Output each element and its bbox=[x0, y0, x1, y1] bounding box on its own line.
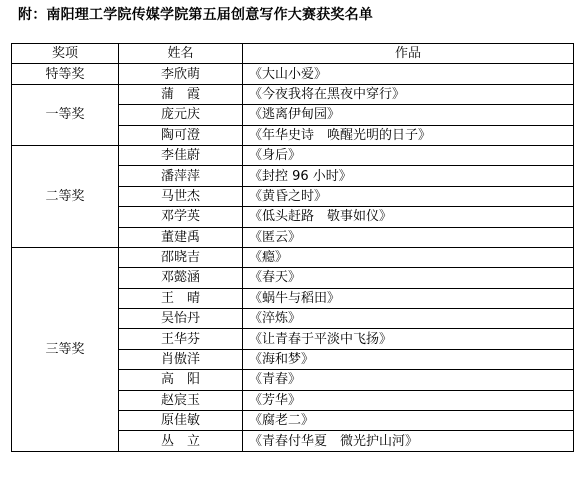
winner-name-cell: 李佳蔚 bbox=[119, 145, 243, 165]
work-title-cell: 《芳华》 bbox=[243, 390, 574, 410]
work-title-cell: 《封控 96 小时》 bbox=[243, 166, 574, 186]
winner-name-cell: 李欣萌 bbox=[119, 64, 243, 84]
winner-name-cell: 王 晴 bbox=[119, 288, 243, 308]
work-title-cell: 《腐老二》 bbox=[243, 411, 574, 431]
table-row: 特等奖李欣萌《大山小爱》 bbox=[12, 64, 574, 84]
winner-name-cell: 蒲 霞 bbox=[119, 84, 243, 104]
header-name: 姓名 bbox=[119, 44, 243, 64]
table-header-row: 奖项 姓名 作品 bbox=[12, 44, 574, 64]
award-table: 奖项 姓名 作品 特等奖李欣萌《大山小爱》一等奖蒲 霞《今夜我将在黑夜中穿行》庞… bbox=[11, 43, 574, 452]
award-level-cell: 特等奖 bbox=[12, 64, 119, 84]
work-title-cell: 《身后》 bbox=[243, 145, 574, 165]
winner-name-cell: 丛 立 bbox=[119, 431, 243, 451]
work-title-cell: 《今夜我将在黑夜中穿行》 bbox=[243, 84, 574, 104]
winner-name-cell: 庞元庆 bbox=[119, 105, 243, 125]
work-title-cell: 《淬炼》 bbox=[243, 309, 574, 329]
winner-name-cell: 原佳敏 bbox=[119, 411, 243, 431]
work-title-cell: 《逃离伊甸园》 bbox=[243, 105, 574, 125]
winner-name-cell: 陶可澄 bbox=[119, 125, 243, 145]
award-level-cell: 三等奖 bbox=[12, 247, 119, 451]
work-title-cell: 《青春》 bbox=[243, 370, 574, 390]
work-title-cell: 《年华史诗 唤醒光明的日子》 bbox=[243, 125, 574, 145]
winner-name-cell: 赵宸玉 bbox=[119, 390, 243, 410]
work-title-cell: 《春天》 bbox=[243, 268, 574, 288]
work-title-cell: 《海和梦》 bbox=[243, 349, 574, 369]
award-level-cell: 一等奖 bbox=[12, 84, 119, 145]
work-title-cell: 《大山小爱》 bbox=[243, 64, 574, 84]
work-title-cell: 《低头赶路 敬事如仪》 bbox=[243, 207, 574, 227]
table-row: 二等奖李佳蔚《身后》 bbox=[12, 145, 574, 165]
header-award: 奖项 bbox=[12, 44, 119, 64]
work-title-cell: 《黄昏之时》 bbox=[243, 186, 574, 206]
work-title-cell: 《蜗牛与稻田》 bbox=[243, 288, 574, 308]
table-row: 三等奖邵晓吉《瘾》 bbox=[12, 247, 574, 267]
award-level-cell: 二等奖 bbox=[12, 145, 119, 247]
winner-name-cell: 董建禹 bbox=[119, 227, 243, 247]
winner-name-cell: 邓懿涵 bbox=[119, 268, 243, 288]
work-title-cell: 《让青春于平淡中飞扬》 bbox=[243, 329, 574, 349]
work-title-cell: 《匿云》 bbox=[243, 227, 574, 247]
work-title-cell: 《青春付华夏 微光护山河》 bbox=[243, 431, 574, 451]
page-title: 附：南阳理工学院传媒学院第五届创意写作大赛获奖名单 bbox=[18, 4, 373, 24]
table-row: 一等奖蒲 霞《今夜我将在黑夜中穿行》 bbox=[12, 84, 574, 104]
winner-name-cell: 肖傲洋 bbox=[119, 349, 243, 369]
winner-name-cell: 吴怡丹 bbox=[119, 309, 243, 329]
winner-name-cell: 王华芬 bbox=[119, 329, 243, 349]
winner-name-cell: 马世杰 bbox=[119, 186, 243, 206]
work-title-cell: 《瘾》 bbox=[243, 247, 574, 267]
winner-name-cell: 高 阳 bbox=[119, 370, 243, 390]
winner-name-cell: 潘萍萍 bbox=[119, 166, 243, 186]
winner-name-cell: 邵晓吉 bbox=[119, 247, 243, 267]
winner-name-cell: 邓学英 bbox=[119, 207, 243, 227]
header-work: 作品 bbox=[243, 44, 574, 64]
